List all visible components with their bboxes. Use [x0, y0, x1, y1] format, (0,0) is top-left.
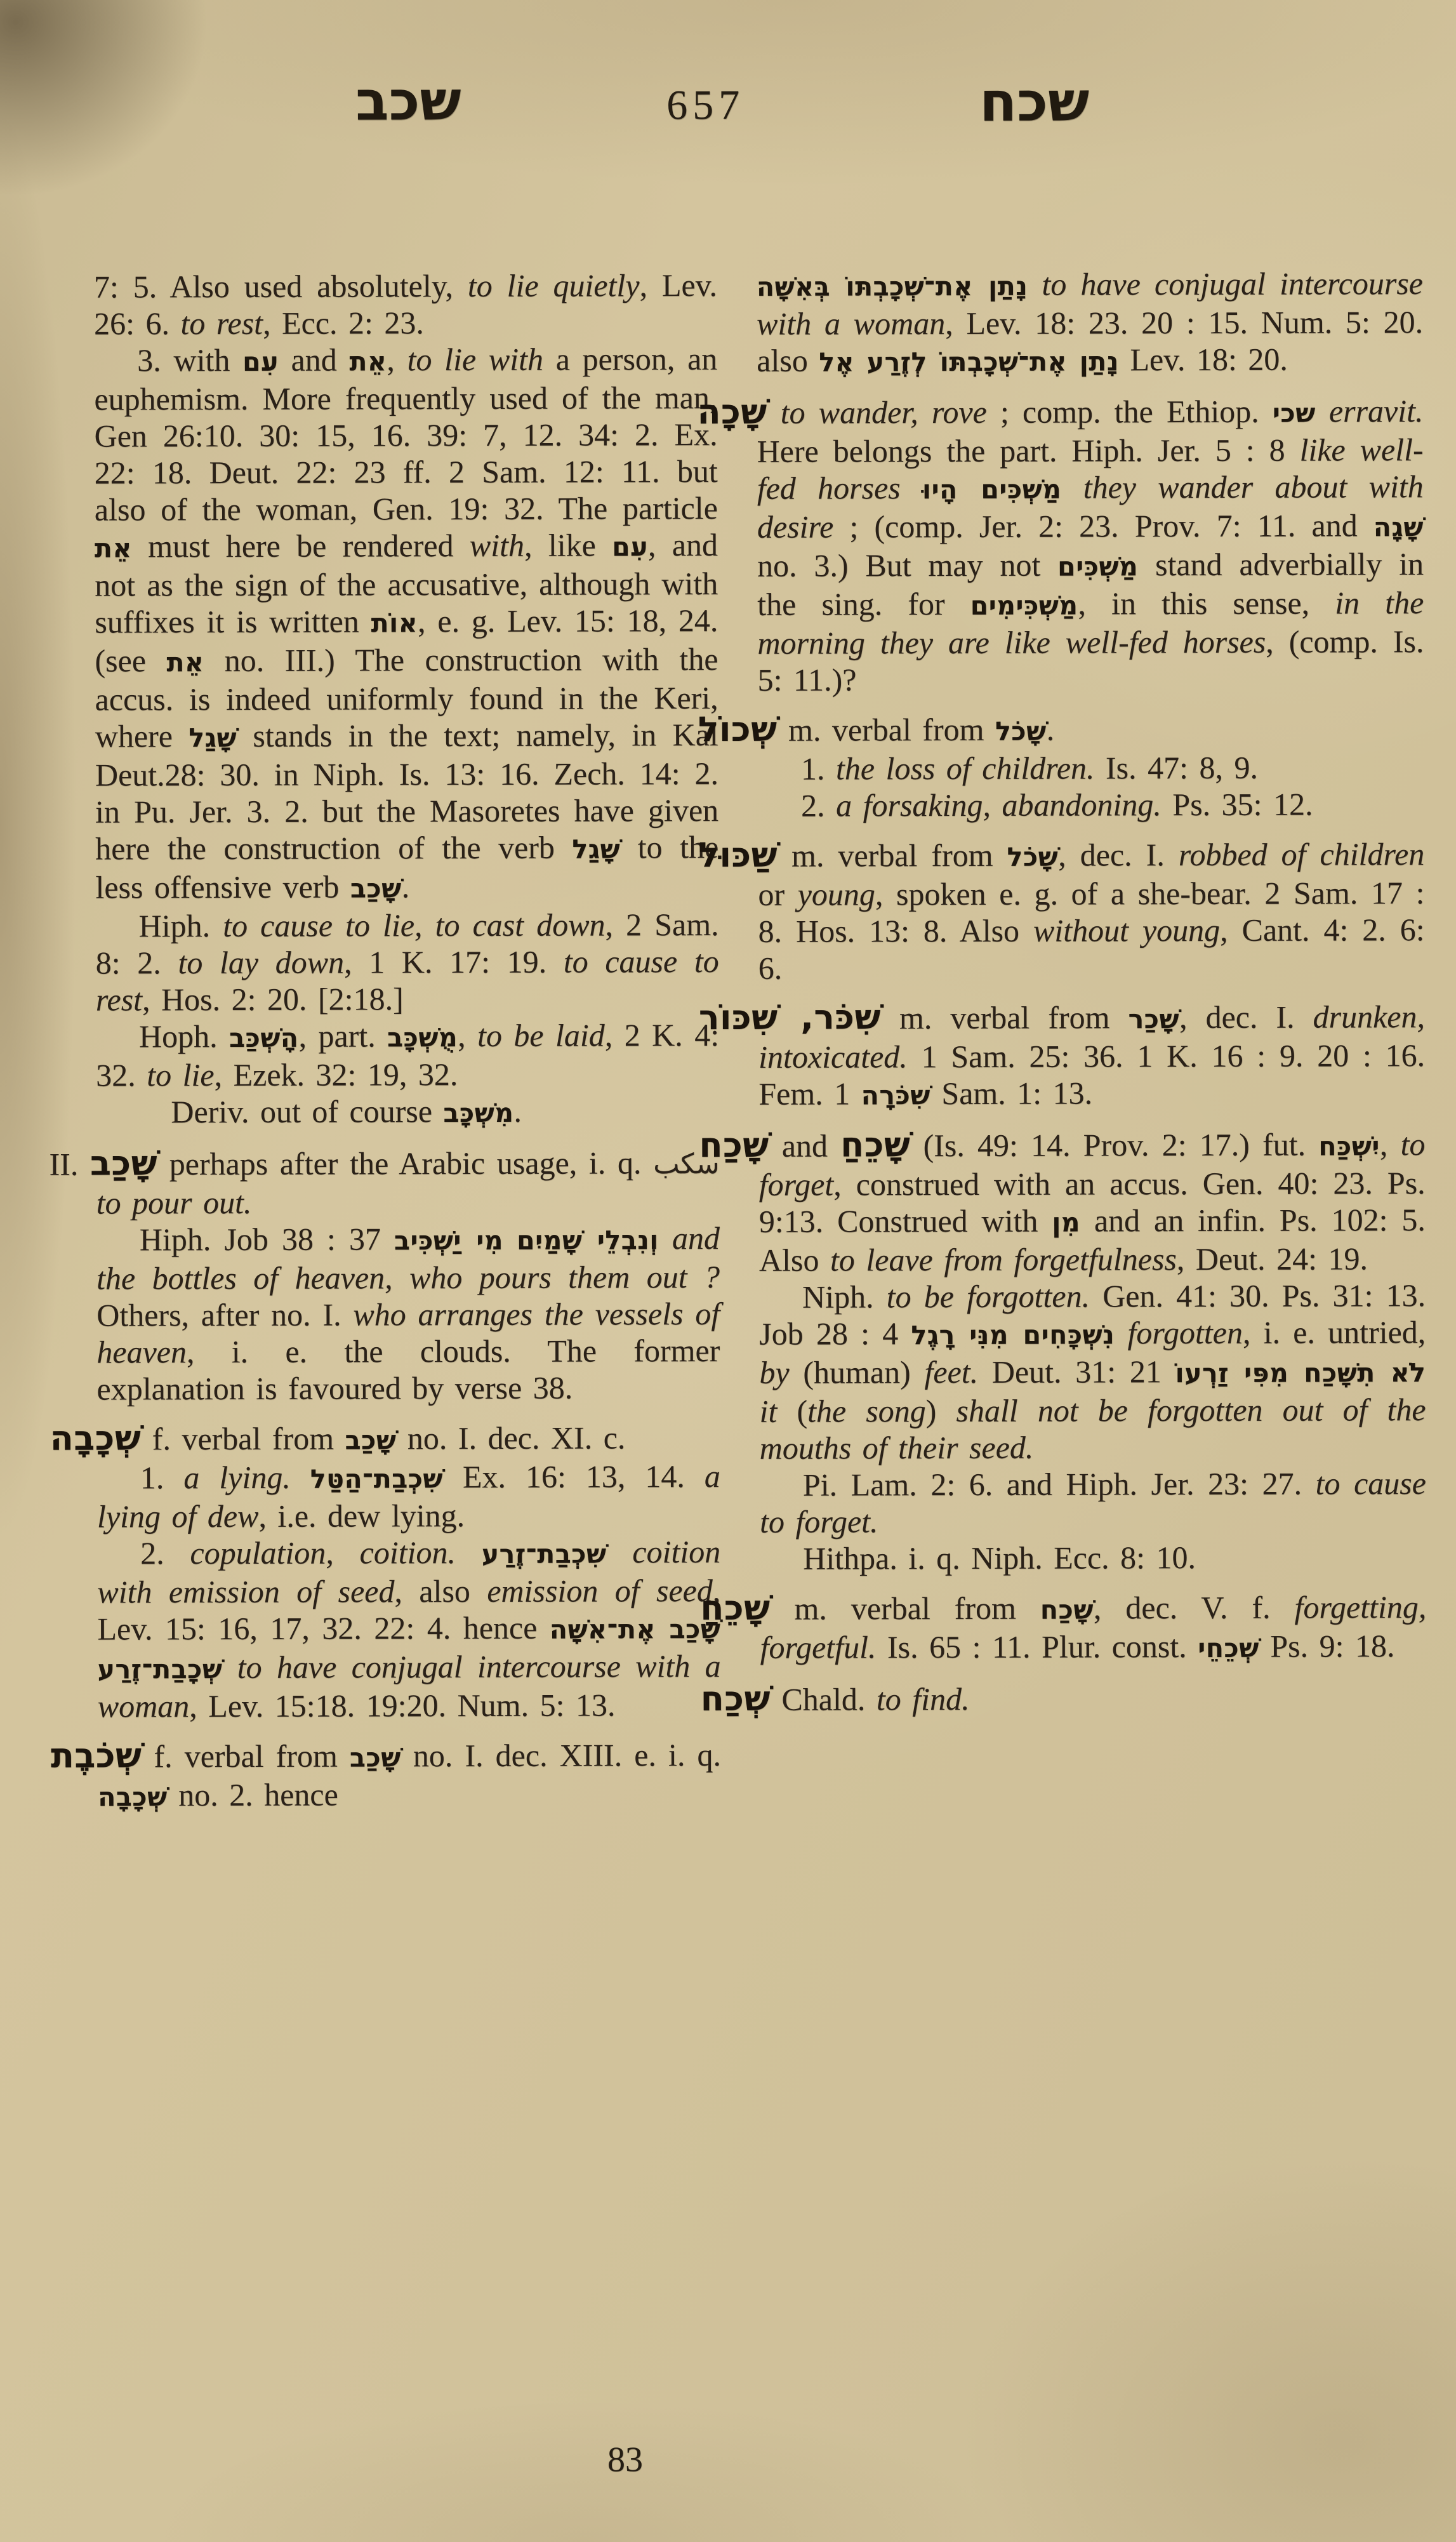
text-run: and	[769, 1128, 841, 1164]
hebrew-word: עִם	[612, 531, 648, 562]
text-run: , i. e. the clouds. The former explanati…	[96, 1333, 720, 1407]
hebrew-headword: שְׁכֹבֶת	[51, 1735, 142, 1775]
italic-text-run: the loss of children.	[836, 750, 1095, 786]
hebrew-word: הָשְׁכַּב	[229, 1023, 299, 1053]
text-run: , i. e. untried,	[1243, 1314, 1426, 1350]
text-run	[767, 395, 781, 430]
text-run: no. I. dec. XI. c.	[396, 1420, 625, 1456]
hebrew-word: שָׁכַר	[1128, 1004, 1179, 1034]
hebrew-word: נָתַן אֶת־שְׁכָבְתּוֹ בְּאִשָּׁה	[757, 271, 1028, 302]
text-run: f. verbal from	[141, 1421, 345, 1457]
text-run	[901, 470, 922, 505]
italic-text-run: with	[470, 528, 524, 563]
text-run: , Ecc. 2: 23.	[263, 305, 424, 341]
hebrew-word: שָׁכַב	[350, 873, 402, 903]
italic-text-run: to lie with	[407, 342, 543, 378]
hebrew-word: אֵת	[166, 647, 204, 677]
numbered-paragraph: 1. the loss of children. Is. 47: 8, 9.	[758, 749, 1424, 787]
italic-text-run: to lie	[147, 1057, 215, 1093]
hebrew-word: מִן	[1052, 1208, 1080, 1238]
italic-text-run: robbed of children	[1179, 836, 1425, 872]
hebrew-word: אֵת	[95, 533, 132, 563]
hebrew-word: שְׁכֵחֵי	[1198, 1633, 1259, 1663]
italic-text-run: to lie quietly	[468, 267, 640, 303]
italic-text-run: feet.	[924, 1354, 978, 1390]
text-run: Hithpa. i. q. Niph. Ecc. 8: 10.	[803, 1540, 1196, 1576]
text-run: Deut. 31: 21	[978, 1354, 1175, 1390]
page-number: 657	[666, 81, 745, 130]
entry-paragraph: שְׁכָבָה f. verbal from שָׁכַב no. I. de…	[97, 1418, 720, 1460]
hebrew-word: שָׁכַב	[350, 1742, 401, 1773]
hebrew-word: שִׁכֹּרָה	[861, 1080, 930, 1110]
text-run	[1061, 470, 1083, 505]
hebrew-headword: שִׁכֹּר, שִׁכּוֹר	[699, 997, 881, 1037]
hebrew-word: שִׁכְבַת־זֶרַע	[482, 1539, 607, 1570]
hebrew-word: וְנִבְלֵי שָׁמַיִם	[517, 1225, 659, 1256]
text-run: , dec. V. f.	[1094, 1590, 1295, 1626]
continuation-paragraph: 7: 5. Also used absolutely, to lie quiet…	[94, 267, 717, 342]
text-run: 7: 5. Also used absolutely,	[94, 268, 468, 305]
hebrew-word: יִשְׁכַּח	[1318, 1131, 1380, 1161]
text-run	[291, 1460, 310, 1495]
text-run	[606, 1534, 632, 1569]
text-run: m. verbal from	[881, 999, 1128, 1035]
hebrew-word: עִם	[242, 347, 279, 377]
hebrew-word: לֹא תִשָּׁכַח מִפִּי זַרְעוֹ	[1175, 1357, 1426, 1388]
text-run: , like	[524, 527, 612, 562]
entry-paragraph: שְׁכַח Chald. to find.	[760, 1679, 1427, 1718]
text-run: must here be rendered	[132, 528, 470, 564]
text-run: , 1 K. 17: 19.	[344, 944, 564, 980]
numbered-paragraph: Pi. Lam. 2: 6. and Hiph. Jer. 23: 27. to…	[760, 1465, 1426, 1540]
hebrew-headword: שְׁכָבָה	[50, 1418, 142, 1458]
text-run: , Ezek. 32: 19, 32.	[214, 1056, 458, 1093]
text-run: , in this sense,	[1078, 585, 1335, 621]
hebrew-word: שִׁכְבַת־הַטַּל	[310, 1463, 443, 1494]
text-run: Is. 65 : 11. Plur. const.	[876, 1628, 1198, 1665]
italic-text-run: to lay down	[178, 945, 344, 981]
text-run: Niph.	[802, 1279, 887, 1314]
entry-paragraph: שַׁכּוּל m. verbal from שָׁכֹל, dec. I. …	[758, 835, 1425, 987]
text-run: , Deut. 24: 19.	[1177, 1241, 1368, 1277]
hebrew-word: שָׁגַל	[189, 722, 237, 753]
text-run: 2.	[140, 1535, 190, 1571]
entry-paragraph: שָׁכָה to wander, rove ; comp. the Ethio…	[757, 392, 1424, 698]
numbered-paragraph: Niph. to be forgotten. Gen. 41: 30. Ps. …	[759, 1277, 1426, 1467]
italic-text-run: the song	[807, 1393, 926, 1428]
entry-paragraph: שָׁכֵחַ m. verbal from שָׁכַח, dec. V. f…	[760, 1588, 1426, 1668]
text-run	[222, 1649, 237, 1685]
italic-text-run: young	[798, 876, 875, 912]
numbered-paragraph: 1. a lying. שִׁכְבַת־הַטַּל Ex. 16: 13, …	[97, 1458, 720, 1535]
text-run: and	[279, 342, 350, 378]
text-run: Ps. 35: 12.	[1161, 787, 1313, 823]
text-column-left: 7: 5. Also used absolutely, to lie quiet…	[94, 267, 721, 1816]
text-run: f. verbal from	[142, 1738, 350, 1774]
italic-text-run: to wander, rove	[781, 394, 987, 430]
hebrew-word: מִשְׁכָּב	[443, 1098, 513, 1128]
italic-text-run: it	[760, 1394, 778, 1429]
text-run: II.	[49, 1147, 90, 1182]
text-run: .	[513, 1093, 522, 1129]
text-run: perhaps after the Arabic usage, i. q.	[157, 1145, 653, 1181]
hebrew-headword: שָׁכַח	[699, 1125, 769, 1165]
numbered-paragraph: Hithpa. i. q. Niph. Ecc. 8: 10.	[760, 1538, 1426, 1577]
text-run: Hoph.	[139, 1018, 229, 1054]
text-run: , also	[394, 1573, 487, 1609]
text-run: Ps. 9: 18.	[1259, 1628, 1395, 1664]
text-run: Here belongs the part. Hiph. Jer. 5 : 8	[757, 432, 1300, 469]
text-run: m. verbal from	[777, 712, 995, 748]
running-head-right-catchword: שכח	[979, 70, 1089, 134]
text-run: Others, after no. I.	[96, 1297, 353, 1333]
entry-paragraph: II. שָׁכַב perhaps after the Arabic usag…	[96, 1143, 719, 1221]
hebrew-word: מֻשְׁכָּב	[387, 1022, 458, 1053]
text-run: Chald.	[771, 1681, 877, 1717]
text-run: Deriv. out of course	[171, 1093, 443, 1129]
text-run	[456, 1534, 482, 1570]
text-run	[1316, 394, 1329, 429]
text-run: no. 3.) But may not	[757, 547, 1057, 583]
italic-text-run: without young	[1033, 912, 1220, 948]
text-run: )	[926, 1393, 956, 1428]
hebrew-headword: שָׁכַב	[90, 1143, 157, 1183]
italic-text-run: to find.	[877, 1681, 970, 1717]
text-run: Hiph.	[139, 908, 223, 943]
text-run: , dec. I.	[1058, 837, 1179, 872]
italic-text-run: forgotten	[1127, 1315, 1243, 1350]
text-run: ,	[458, 1018, 477, 1053]
italic-text-run: to rest	[180, 305, 263, 341]
text-run: .	[402, 868, 410, 904]
text-column-right: נָתַן אֶת־שְׁכָבְתּוֹ בְּאִשָּׁה to have…	[757, 265, 1427, 1718]
italic-text-run: to pour out.	[96, 1185, 252, 1221]
hebrew-word: נִשְׁכָּחִים מִנִּי רָגֶל	[911, 1319, 1115, 1350]
text-run: (Is. 49: 14. Prov. 2: 17.) fut.	[910, 1127, 1318, 1164]
italic-text-run: to leave from forgetfulness	[830, 1241, 1177, 1277]
italic-text-run: a lying.	[183, 1460, 291, 1495]
numbered-paragraph: Hoph. הָשְׁכַּב, part. מֻשְׁכָּב, to be …	[96, 1016, 719, 1094]
hebrew-headword: שַׁכּוּל	[698, 835, 778, 875]
text-run	[659, 1220, 672, 1256]
hebrew-word: שכי	[1273, 398, 1316, 429]
numbered-paragraph: Hiph. to cause to lie, to cast down, 2 S…	[95, 906, 718, 1018]
text-run: , i.e. dew lying.	[258, 1498, 465, 1534]
hebrew-word: שָׁכֹל	[1007, 842, 1059, 872]
numbered-paragraph: 2. copulation, coition. שִׁכְבַת־זֶרַע c…	[97, 1533, 721, 1725]
continuation-paragraph: נָתַן אֶת־שְׁכָבְתּוֹ בְּאִשָּׁה to have…	[757, 265, 1423, 381]
text-run: , Hos. 2: 20. [2:18.]	[142, 981, 404, 1017]
hebrew-word: נָתַן אֶת־שְׁכָבְתּוֹ לְזֶרַע אֶל	[819, 346, 1119, 377]
entry-paragraph: שְׁכוֹל m. verbal from שָׁכֹל.	[758, 709, 1424, 750]
text-run: ; (comp. Jer. 2: 23. Prov. 7: 11. and	[833, 507, 1373, 544]
scanned-lexicon-page: { "page": { "header": { "left_catchword"…	[0, 0, 1456, 2542]
text-run: , Lev. 15:18. 19:20. Num. 5: 13.	[189, 1687, 615, 1724]
text-run: .	[1047, 712, 1055, 747]
text-run: no. I. dec. XIII. e. i. q.	[401, 1737, 721, 1773]
text-run: or	[758, 877, 797, 912]
italic-text-run: by	[759, 1355, 789, 1390]
hebrew-word: אֵת	[349, 346, 387, 376]
text-run: 2.	[801, 788, 836, 823]
text-run	[1028, 267, 1042, 302]
text-run: ,	[387, 342, 407, 377]
text-run: Ex. 16: 13, 14.	[443, 1458, 705, 1494]
text-run: 1.	[801, 751, 836, 787]
hebrew-word: שָׁגָה	[1373, 512, 1424, 542]
text-run	[503, 1221, 517, 1256]
numbered-paragraph: Hiph. Job 38 : 37 וְנִבְלֵי שָׁמַיִם מִי…	[96, 1220, 720, 1407]
printer-signature: 83	[562, 2439, 689, 2480]
entry-paragraph: שְׁכֹבֶת f. verbal from שָׁכַב no. I. de…	[98, 1736, 721, 1816]
italic-text-run: to be laid	[477, 1018, 605, 1054]
hebrew-word: שְׁכָבָה	[98, 1781, 168, 1812]
numbered-paragraph: 3. with עִם and אֵת, to lie with a perso…	[94, 340, 718, 908]
page-content: שכב 657 שכח 7: 5. Also used absolutely, …	[0, 0, 1456, 2542]
entry-paragraph: שִׁכֹּר, שִׁכּוֹר m. verbal from שָׁכַר,…	[758, 997, 1425, 1114]
hebrew-word: מַשְׁכִּים הָיוּ	[922, 474, 1062, 505]
hebrew-word: אוֹת	[371, 608, 418, 638]
italic-text-run: to be forgotten.	[887, 1279, 1090, 1315]
hebrew-word: שָׁכֹל	[995, 716, 1047, 747]
italic-text-run: emission of seed	[487, 1573, 713, 1609]
text-run: (human)	[790, 1354, 925, 1390]
italic-text-run: to cause to lie, to cast down	[223, 907, 606, 944]
numbered-paragraph: 2. a forsaking, abandoning. Ps. 35: 12.	[758, 785, 1424, 824]
hebrew-word: שָׁכַח	[1040, 1594, 1094, 1625]
text-run	[1115, 1315, 1127, 1350]
text-run: m. verbal from	[778, 837, 1007, 874]
hebrew-word: שָׁכַב	[345, 1425, 396, 1455]
italic-text-run: erravit.	[1329, 393, 1424, 429]
hebrew-headword: שָׁכֵחַ	[700, 1588, 770, 1628]
text-run: no. 2. hence	[168, 1777, 338, 1813]
text-run: Hiph. Job 38 : 37	[140, 1221, 394, 1257]
text-run: Lev. 18: 20.	[1119, 342, 1288, 378]
hebrew-word: מִי יַשְׁכִּיב	[394, 1225, 503, 1256]
text-run: m. verbal from	[770, 1590, 1040, 1627]
text-run: ,	[1380, 1126, 1401, 1162]
italic-text-run: copulation, coition.	[190, 1534, 456, 1571]
text-run: , dec. I.	[1179, 999, 1313, 1035]
text-run: ; comp. the Ethiop.	[987, 394, 1273, 430]
text-run: 3. with	[137, 342, 242, 378]
text-run: 1.	[140, 1460, 184, 1495]
hebrew-headword: שָׁכֵחַ	[840, 1124, 910, 1164]
entry-paragraph: שָׁכַח and שָׁכֵחַ (Is. 49: 14. Prov. 2:…	[758, 1125, 1426, 1279]
running-head-left-catchword: שכב	[355, 69, 461, 133]
hebrew-headword: שְׁכוֹל	[698, 709, 778, 749]
italic-text-run: a forsaking, abandoning.	[836, 787, 1161, 823]
hebrew-word: מַשְׁכִּים	[1057, 551, 1138, 582]
hebrew-headword: שְׁכַח	[701, 1679, 771, 1719]
text-run: Is. 47: 8, 9.	[1094, 750, 1258, 786]
text-run: , part.	[298, 1018, 387, 1053]
hebrew-word: שָׁגַל	[572, 834, 620, 864]
text-run: (	[777, 1394, 807, 1429]
hebrew-word: מַשְׁכִּימִים	[970, 590, 1078, 621]
text-run: Pi. Lam. 2: 6. and Hiph. Jer. 23: 27.	[803, 1466, 1316, 1503]
deriv-paragraph: Deriv. out of course מִשְׁכָּב.	[96, 1092, 719, 1133]
hebrew-headword: שָׁכָה	[697, 392, 767, 432]
